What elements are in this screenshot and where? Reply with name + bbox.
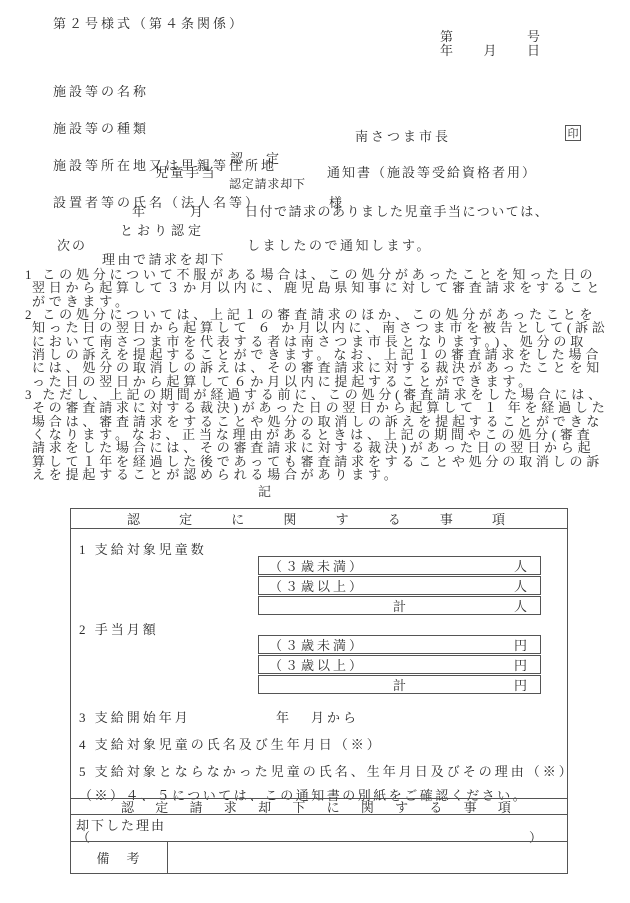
table-header-certification: 認定に関する事項 <box>71 509 567 529</box>
table-header-rejection-text: 認定請求却下に関する事項 <box>71 797 567 816</box>
date-year: 年 <box>440 40 453 59</box>
installer-name-label: 設置者等の氏名（法人名等） <box>53 195 261 210</box>
request-year: 年 <box>132 201 145 220</box>
table-header-rejection: 認定請求却下に関する事項 <box>71 798 567 815</box>
item3-label: 3 支給開始年月 <box>79 707 191 726</box>
row-label: （３歳以上） <box>269 655 365 674</box>
title-option-approval: 認 定 <box>230 148 284 167</box>
form-number: 第２号様式（第４条関係） <box>53 13 245 32</box>
title-notice: 通知書（施設等受給資格者用） <box>327 162 537 181</box>
row-label: （３歳以上） <box>269 576 365 595</box>
notify-option-rejection: 理由で請求を却下 <box>102 249 226 268</box>
legal-notes: 1 この処分について不服がある場合は、この処分があったことを知った日の 翌日から… <box>25 268 629 482</box>
remarks-value-cell <box>168 842 567 873</box>
recipient-block: 施設等の名称 施設等の種類 施設等所在地又は里親等住所地 設置者等の氏名（法人名… <box>53 61 342 222</box>
legal-note-1: 1 この処分について不服がある場合は、この処分があったことを知った日の 翌日から… <box>25 268 629 308</box>
table-row: （３歳以上） 円 <box>258 655 541 674</box>
row-label: 計 <box>259 675 540 694</box>
item4-label: 4 支給対象児童の氏名及び生年月日（※） <box>79 734 383 753</box>
row-unit: 円 <box>514 635 530 654</box>
item5-label: 5 支給対象とならなかった児童の氏名、生年月日及びその理由（※） <box>79 761 575 780</box>
date-line: 年 月 日 <box>440 40 540 59</box>
row-label: （３歳未満） <box>269 635 365 654</box>
item2-label: 2 手当月額 <box>79 619 159 638</box>
title-option-rejection: 認定請求却下 <box>229 175 306 192</box>
table-row: （３歳以上） 人 <box>258 576 541 595</box>
document-page: { "page": { "form_number": "第２号様式（第４条関係）… <box>0 0 630 903</box>
legal-note-3: 3 ただし、上記の期間が経過する前に、この処分(審査請求をした場合には、 その審… <box>25 388 629 481</box>
remarks-row: 備 考 <box>71 841 567 873</box>
ki-marker: 記 <box>258 481 271 500</box>
children-count-table: （３歳未満） 人 （３歳以上） 人 計 人 <box>258 556 541 616</box>
allowance-amount-table: （３歳未満） 円 （３歳以上） 円 計 円 <box>258 635 541 695</box>
request-month: 月 <box>190 201 203 220</box>
date-day: 日 <box>527 40 540 59</box>
table-row-total: 計 人 <box>258 596 541 615</box>
facility-name-label: 施設等の名称 <box>53 86 342 98</box>
seal-mark: 印 <box>565 125 581 141</box>
row-unit: 人 <box>514 576 530 595</box>
issuer-name: 南さつま市長 <box>355 126 451 145</box>
item1-label: 1 支給対象児童数 <box>79 539 207 558</box>
notify-option-approval: とおり認定 <box>120 220 205 239</box>
title-child-allowance: 児童手当 <box>155 162 217 181</box>
facility-type-label: 施設等の種類 <box>53 123 342 135</box>
row-unit: 人 <box>514 556 530 575</box>
notify-lead: 次の <box>57 235 87 254</box>
request-text: 日付で請求のありました児童手当については、 <box>245 201 549 220</box>
rejection-reason-row: 却下した理由 （ ） <box>71 815 567 841</box>
table-row-total: 計 円 <box>258 675 541 694</box>
legal-note-2: 2 この処分については、上記１の審査請求のほか、この処分があったことを 知った日… <box>25 308 629 388</box>
item3-month-from: 月から <box>311 707 359 726</box>
table-header-certification-text: 認定に関する事項 <box>71 509 567 528</box>
certification-table: 認定に関する事項 1 支給対象児童数 （３歳未満） 人 （３歳以上） 人 計 人… <box>70 508 568 874</box>
table-row: （３歳未満） 円 <box>258 635 541 654</box>
item3-year: 年 <box>276 707 292 726</box>
row-label: 計 <box>259 596 540 615</box>
date-month: 月 <box>483 40 496 59</box>
notify-tail: しましたので通知します。 <box>247 235 432 254</box>
table-row: （３歳未満） 人 <box>258 556 541 575</box>
row-unit: 円 <box>514 655 530 674</box>
remarks-label: 備 考 <box>71 842 168 873</box>
row-label: （３歳未満） <box>269 556 365 575</box>
